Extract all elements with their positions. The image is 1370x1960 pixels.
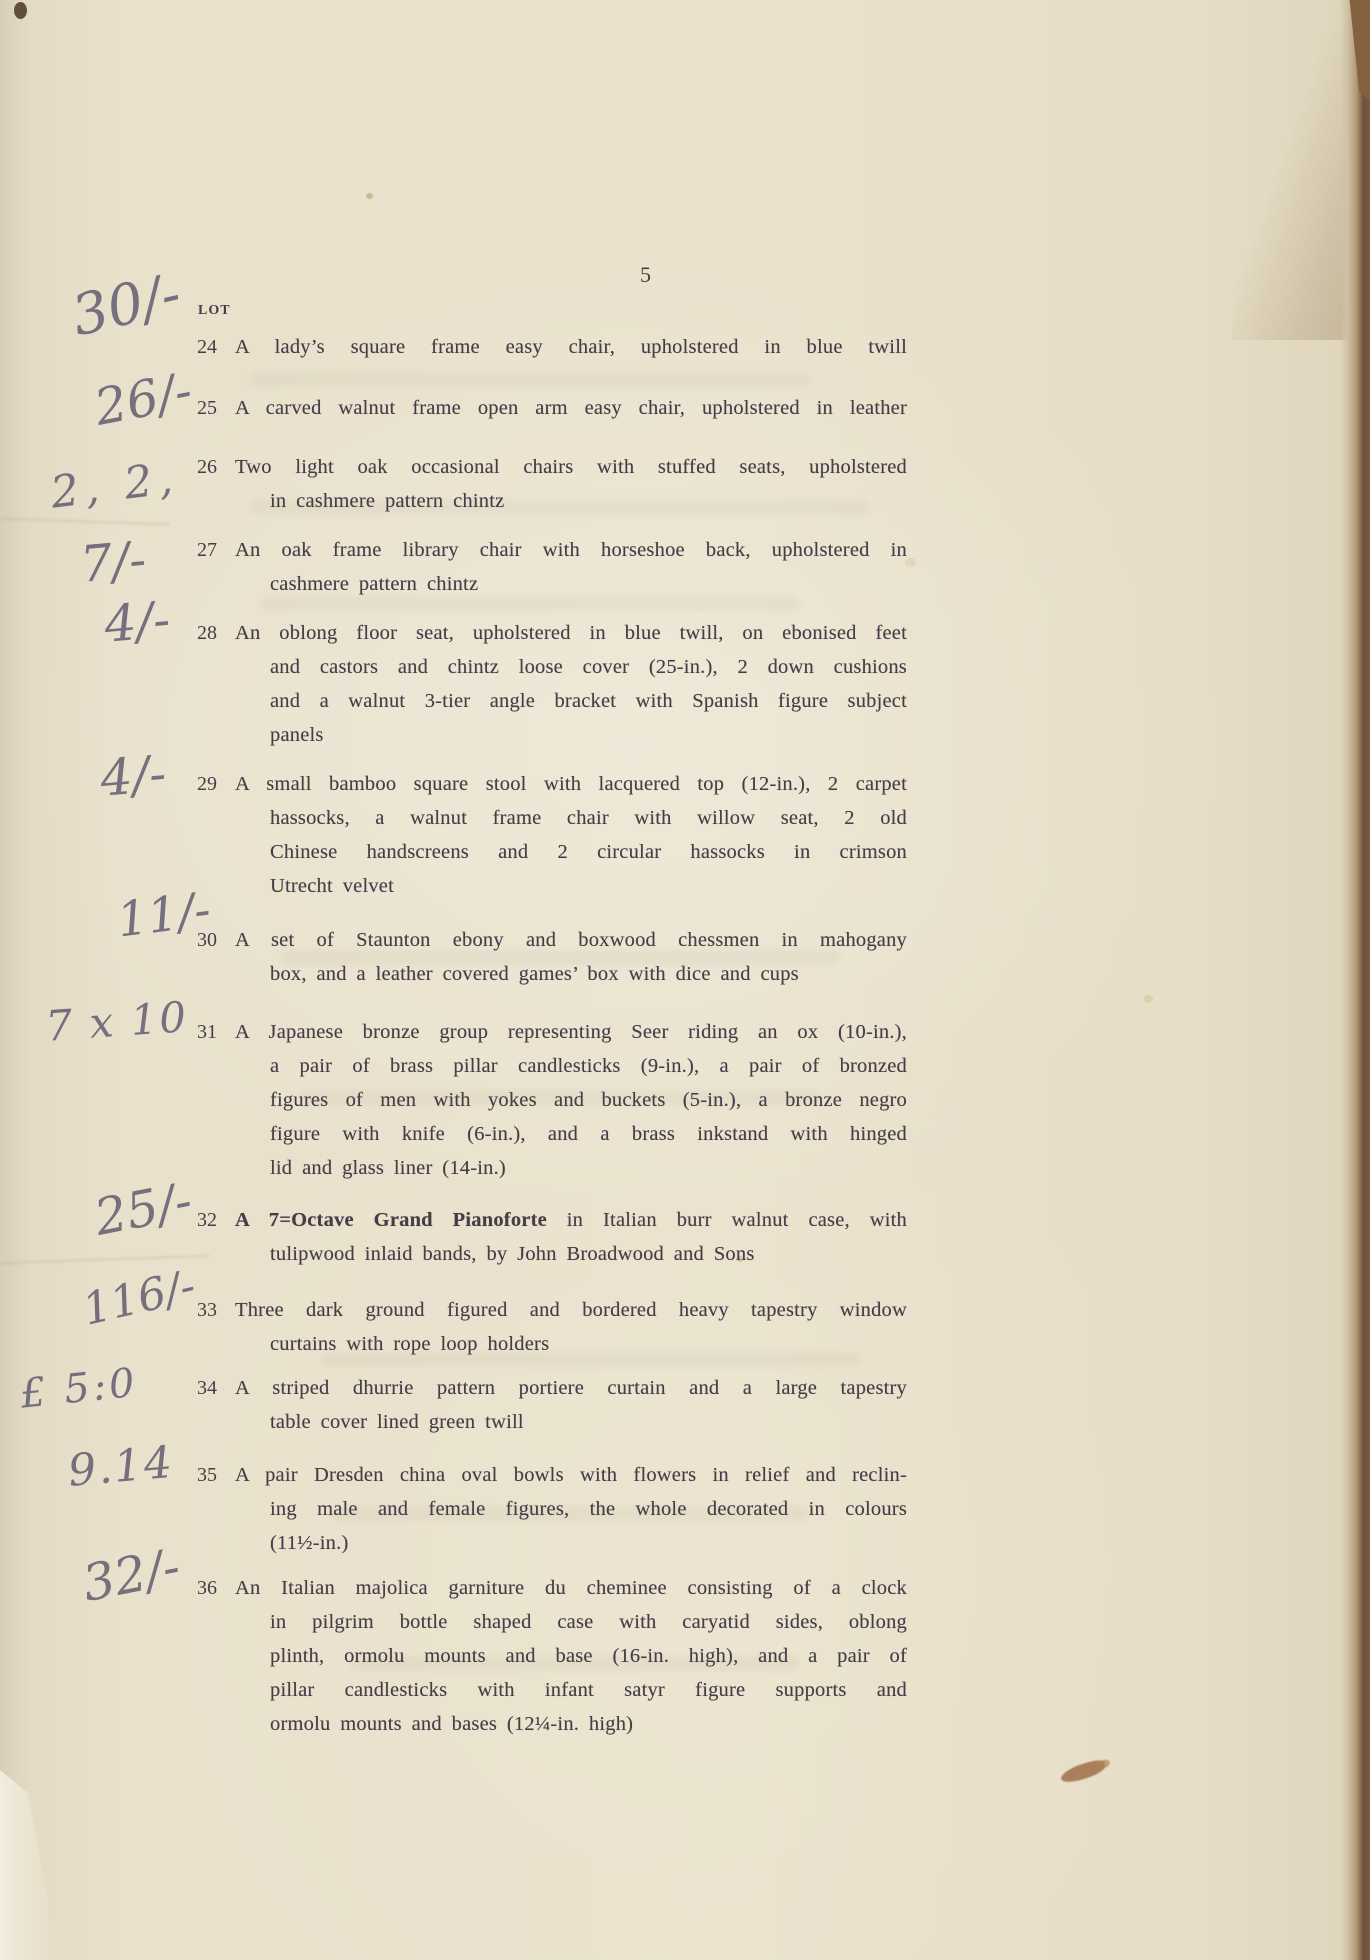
lot-column-header: LOT: [198, 303, 231, 319]
lot-line: box, and a leather covered games’ box wi…: [270, 957, 907, 991]
lot-row: 28 An oblong floor seat, upholstered in …: [197, 616, 907, 752]
lot-row: 25 A carved walnut frame open arm easy c…: [197, 391, 907, 425]
lot-list: 24 A lady’s square frame easy chair, uph…: [197, 330, 907, 1741]
lot-number: 25: [197, 391, 235, 425]
page-edge: [1340, 0, 1370, 1960]
lot-line: An oblong floor seat, upholstered in blu…: [235, 616, 907, 650]
lot-row: 29 A small bamboo square stool with lacq…: [197, 767, 907, 903]
lot-line: (11½-in.): [270, 1526, 907, 1560]
lot-bold-title: A 7=Octave Grand Pianoforte: [235, 1209, 547, 1231]
lot-line-rest: in Italian burr walnut case, with: [547, 1209, 907, 1231]
foxing-spot: [1144, 995, 1153, 1003]
lot-row: 32 A 7=Octave Grand Pianoforte in Italia…: [197, 1203, 907, 1271]
price-annotation: 7 x 10: [44, 992, 190, 1051]
lot-number: 33: [197, 1293, 235, 1361]
lot-line: and castors and chintz loose cover (25-i…: [270, 650, 907, 684]
lot-number: 35: [197, 1458, 235, 1560]
lot-line: ing male and female figures, the whole d…: [270, 1492, 907, 1526]
lot-line: A small bamboo square stool with lacquer…: [235, 767, 907, 801]
lot-line: figures of men with yokes and buckets (5…: [270, 1083, 907, 1117]
lot-line: A carved walnut frame open arm easy chai…: [235, 391, 907, 425]
lot-line: An Italian majolica garniture du chemine…: [235, 1571, 907, 1605]
lot-number: 36: [197, 1571, 235, 1741]
lot-row: 36 An Italian majolica garniture du chem…: [197, 1571, 907, 1741]
lot-line: Chinese handscreens and 2 circular hasso…: [270, 835, 907, 869]
lot-line: A set of Staunton ebony and boxwood ches…: [235, 923, 907, 957]
price-annotation: 7/-: [78, 530, 148, 593]
price-annotation: 4/-: [102, 590, 172, 653]
lot-line: An oak frame library chair with horsesho…: [235, 533, 907, 567]
lot-row: 31 A Japanese bronze group representing …: [197, 1015, 907, 1185]
lot-number: 27: [197, 533, 235, 601]
lot-line: in cashmere pattern chintz: [270, 484, 907, 518]
lot-number: 32: [197, 1203, 235, 1271]
lot-line: A lady’s square frame easy chair, uphols…: [235, 330, 907, 364]
lot-number: 28: [197, 616, 235, 752]
price-annotation: 11/-: [114, 882, 214, 949]
lot-line: figure with knife (6-in.), and a brass i…: [270, 1117, 907, 1151]
lot-line: cashmere pattern chintz: [270, 567, 907, 601]
lot-row: 24 A lady’s square frame easy chair, uph…: [197, 330, 907, 364]
lot-line: lid and glass liner (14-in.): [270, 1151, 907, 1185]
lot-line: plinth, ormolu mounts and base (16-in. h…: [270, 1639, 907, 1673]
lot-number: 26: [197, 450, 235, 518]
lot-line: pillar candlesticks with infant satyr fi…: [270, 1673, 907, 1707]
price-annotation: 9.14: [66, 1437, 176, 1497]
lot-line: A Japanese bronze group representing See…: [235, 1015, 907, 1049]
lot-line: table cover lined green twill: [270, 1405, 907, 1439]
lot-row: 34 A striped dhurrie pattern portiere cu…: [197, 1371, 907, 1439]
lot-line: tulipwood inlaid bands, by John Broadwoo…: [270, 1237, 907, 1271]
page-number: 5: [640, 262, 652, 288]
lot-line: curtains with rope loop holders: [270, 1327, 907, 1361]
lot-number: 24: [197, 330, 235, 364]
lot-row: 27 An oak frame library chair with horse…: [197, 533, 907, 601]
lot-row: 33 Three dark ground figured and bordere…: [197, 1293, 907, 1361]
lot-line: Two light oak occasional chairs with stu…: [235, 450, 907, 484]
lot-line: panels: [270, 718, 907, 752]
lot-line: Utrecht velvet: [270, 869, 907, 903]
lot-line: Three dark ground figured and bordered h…: [235, 1293, 907, 1327]
lot-line: hassocks, a walnut frame chair with will…: [270, 801, 907, 835]
lot-number: 34: [197, 1371, 235, 1439]
lot-row: 35 A pair Dresden china oval bowls with …: [197, 1458, 907, 1560]
lot-line: A striped dhurrie pattern portiere curta…: [235, 1371, 907, 1405]
lot-line: ormolu mounts and bases (12¼-in. high): [270, 1707, 907, 1741]
lot-line: A pair Dresden china oval bowls with flo…: [235, 1458, 907, 1492]
lot-line: a pair of brass pillar candlesticks (9-i…: [270, 1049, 907, 1083]
lot-row: 26 Two light oak occasional chairs with …: [197, 450, 907, 518]
foxing-spot: [366, 193, 373, 199]
lot-line: A 7=Octave Grand Pianoforte in Italian b…: [235, 1203, 907, 1237]
lot-line: in pilgrim bottle shaped case with carya…: [270, 1605, 907, 1639]
lot-line: and a walnut 3-tier angle bracket with S…: [270, 684, 907, 718]
price-annotation: 4/-: [98, 744, 168, 807]
lot-row: 30 A set of Staunton ebony and boxwood c…: [197, 923, 907, 991]
lot-number: 31: [197, 1015, 235, 1185]
paper-stain: [14, 2, 27, 19]
